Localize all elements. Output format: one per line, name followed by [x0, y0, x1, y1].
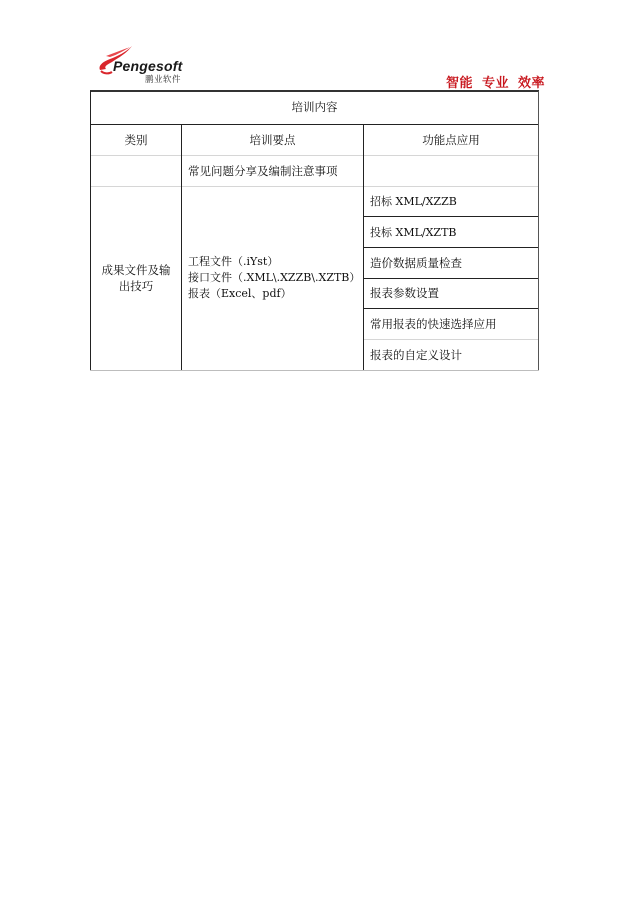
application-cell: 投标 XML/XZTB [364, 216, 539, 247]
table-title: 培训内容 [91, 91, 539, 124]
column-header-applications: 功能点应用 [364, 124, 539, 155]
point-line: 报表（Excel、pdf） [188, 286, 363, 302]
table-title-row: 培训内容 [91, 91, 539, 124]
brand-name-cn: 鹏业软件 [145, 73, 181, 85]
table-row: 成果文件及输 出技巧 工程文件（.iYst） 接口文件（.XML\.XZZB\.… [91, 186, 539, 216]
training-content-table: 培训内容 类别 培训要点 功能点应用 常见问题分享及编制注意事项 成果文件及输 … [90, 91, 539, 371]
pengesoft-logo: Pengesoft 鹏业软件 [96, 44, 206, 84]
category-cell: 成果文件及输 出技巧 [91, 186, 182, 370]
brand-name-en: Pengesoft [113, 58, 182, 74]
point-line: 工程文件（.iYst） [188, 254, 363, 270]
category-line: 出技巧 [91, 278, 181, 294]
point-line: 接口文件（.XML\.XZZB\.XZTB） [188, 270, 363, 286]
application-cell: 报表参数设置 [364, 278, 539, 308]
application-cell [364, 155, 539, 186]
points-cell: 工程文件（.iYst） 接口文件（.XML\.XZZB\.XZTB） 报表（Ex… [182, 186, 364, 370]
category-cell [91, 155, 182, 186]
column-header-points: 培训要点 [182, 124, 364, 155]
application-cell: 报表的自定义设计 [364, 339, 539, 370]
table-row: 常见问题分享及编制注意事项 [91, 155, 539, 186]
application-cell: 常用报表的快速选择应用 [364, 308, 539, 339]
column-header-category: 类别 [91, 124, 182, 155]
category-line: 成果文件及输 [91, 262, 181, 278]
table-header-row: 类别 培训要点 功能点应用 [91, 124, 539, 155]
application-cell: 造价数据质量检查 [364, 247, 539, 278]
application-cell: 招标 XML/XZZB [364, 186, 539, 216]
points-cell: 常见问题分享及编制注意事项 [182, 155, 364, 186]
slogan: 智能 专业 效率 [446, 72, 545, 91]
